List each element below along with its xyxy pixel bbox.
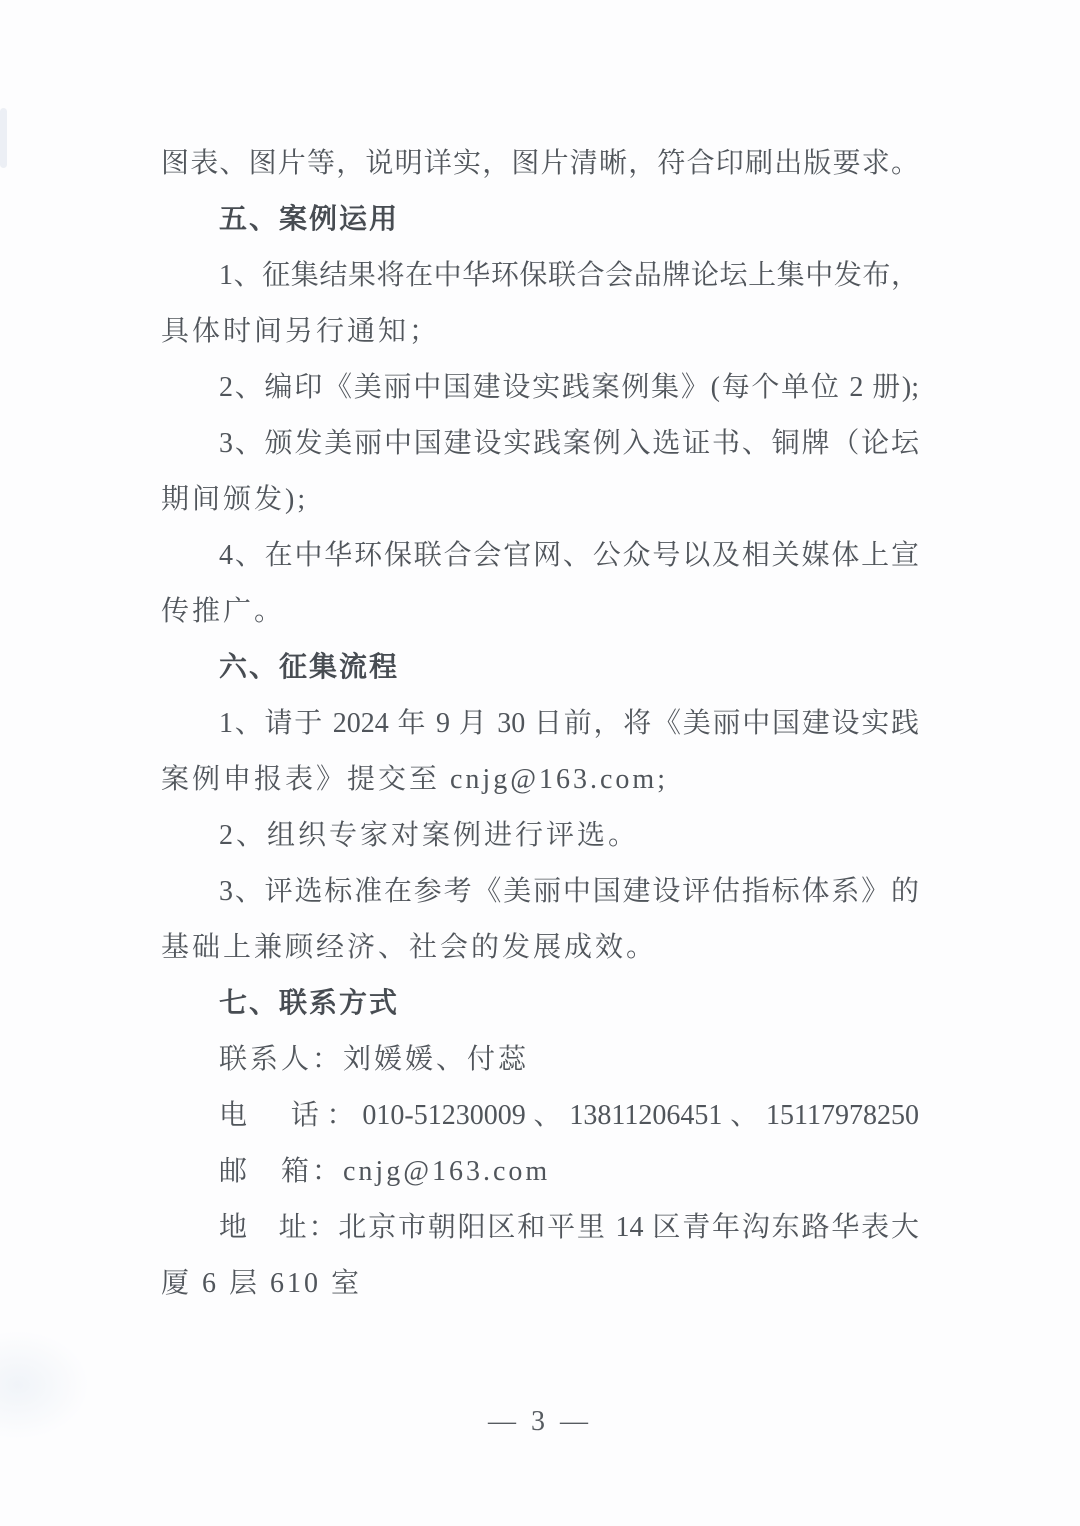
text-line: 3、颁发美丽中国建设实践案例入选证书、铜牌（论坛: [161, 416, 919, 472]
section-heading: 七、联系方式: [161, 976, 919, 1032]
text-line: 2、组织专家对案例进行评选。: [161, 808, 919, 864]
text-line: 基础上兼顾经济、社会的发展成效。: [161, 920, 919, 976]
text-line: 4、在中华环保联合会官网、公众号以及相关媒体上宣: [161, 528, 919, 584]
text-line: 图表、图片等，说明详实，图片清晰，符合印刷出版要求。: [161, 136, 919, 192]
text-line: 具体时间另行通知；: [161, 304, 919, 360]
text-line: 传推广。: [161, 584, 919, 640]
text-line: 厦 6 层 610 室: [161, 1256, 919, 1312]
text-line: 案例申报表》提交至 cnjg@163.com;: [161, 752, 919, 808]
text-line: 地 址：北京市朝阳区和平里 14 区青年沟东路华表大: [161, 1200, 919, 1256]
section-heading: 六、征集流程: [161, 640, 919, 696]
text-line: 1、征集结果将在中华环保联合会品牌论坛上集中发布，: [161, 248, 919, 304]
text-line: 2、编印《美丽中国建设实践案例集》(每个单位 2 册);: [161, 360, 919, 416]
page-number: — 3 —: [0, 1406, 1080, 1438]
scan-smudge: [0, 108, 7, 168]
text-line: 邮 箱：cnjg@163.com: [161, 1144, 919, 1200]
section-heading: 五、案例运用: [161, 192, 919, 248]
text-line: 3、评选标准在参考《美丽中国建设评估指标体系》的: [161, 864, 919, 920]
text-line: 1、请于 2024 年 9 月 30 日前，将《美丽中国建设实践: [161, 696, 919, 752]
text-line: 电 话：010-51230009、13811206451、15117978250: [161, 1088, 919, 1144]
text-line: 期间颁发);: [161, 472, 919, 528]
document-body: 图表、图片等，说明详实，图片清晰，符合印刷出版要求。五、案例运用1、征集结果将在…: [161, 136, 919, 1312]
text-line: 联系人：刘媛媛、付蕊: [161, 1032, 919, 1088]
document-page: 图表、图片等，说明详实，图片清晰，符合印刷出版要求。五、案例运用1、征集结果将在…: [0, 0, 1080, 1526]
